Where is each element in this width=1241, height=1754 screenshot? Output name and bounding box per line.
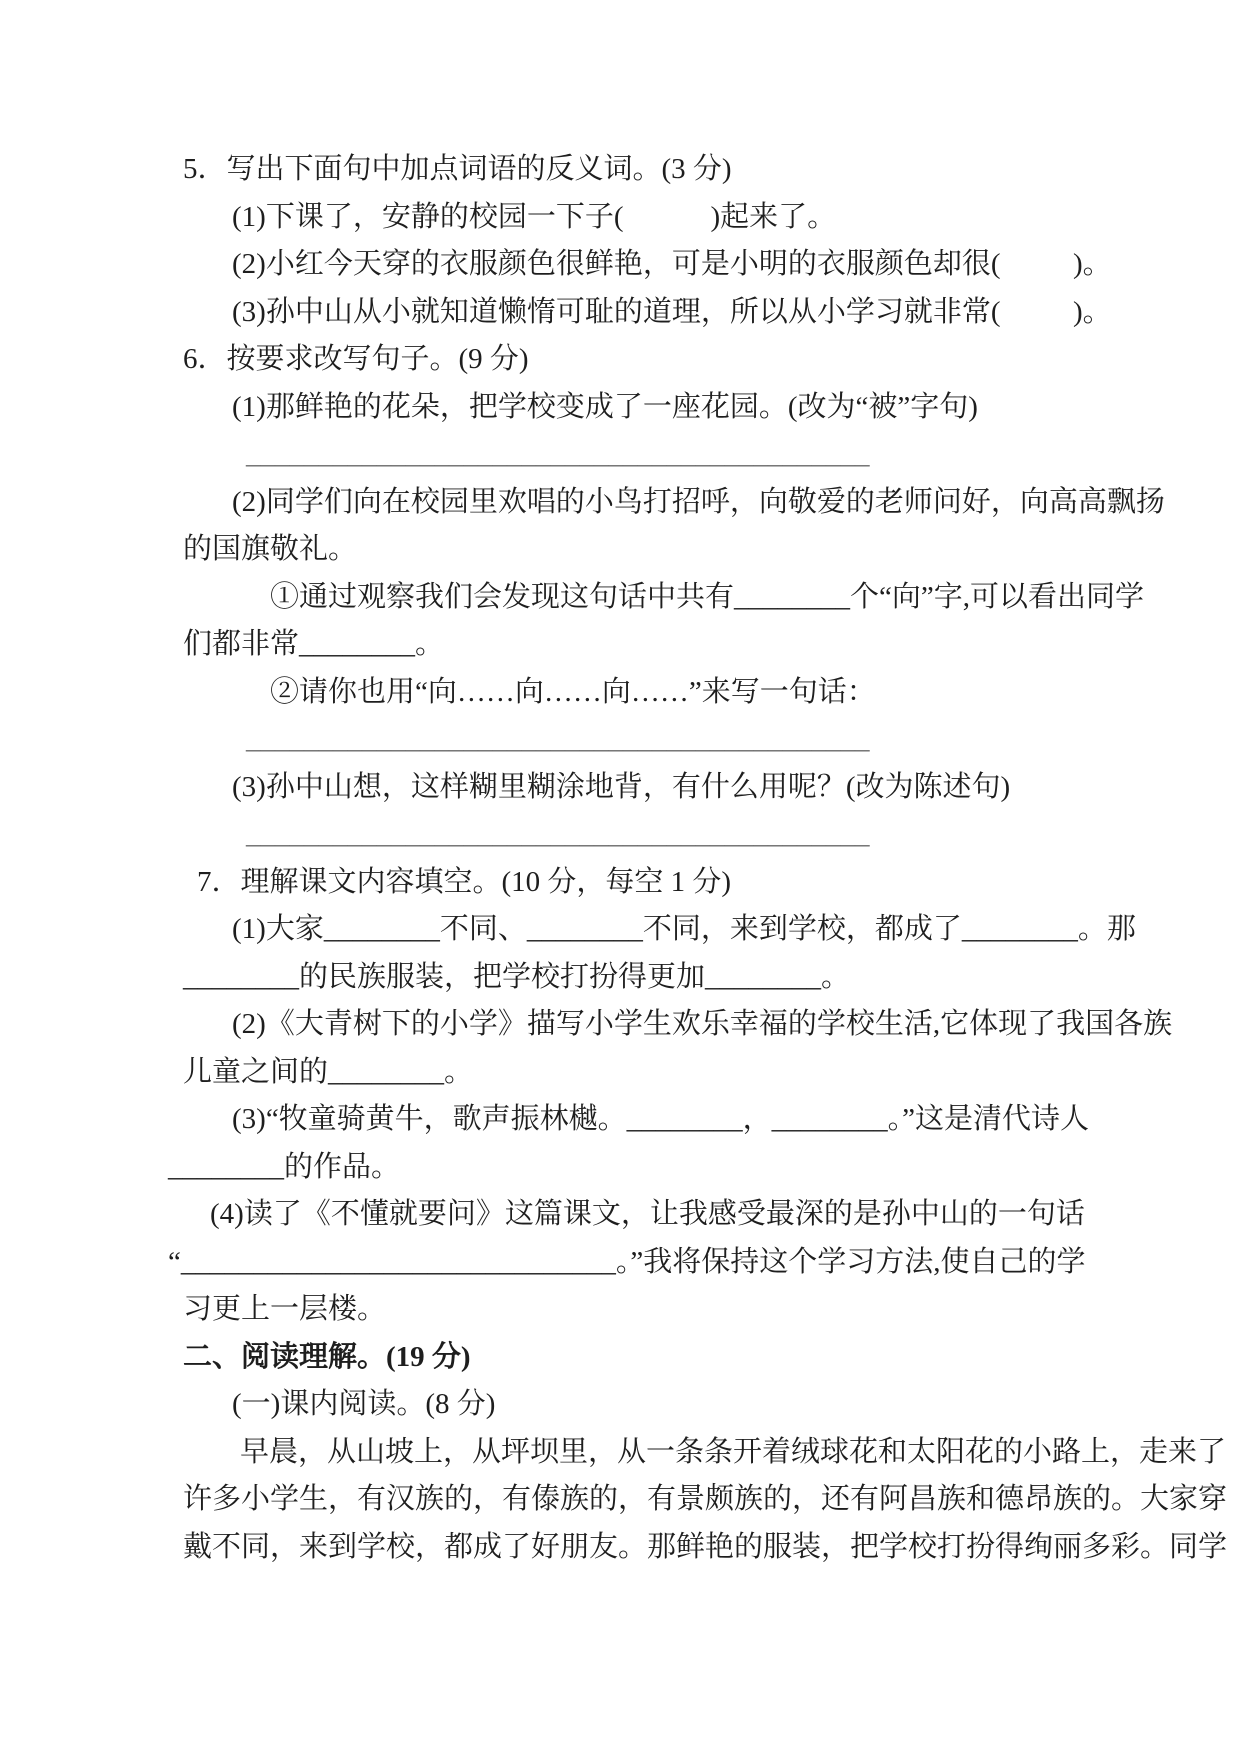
passage-line-1: 早晨，从山坡上，从坪坝里，从一条条开着绒球花和太阳花的小路上，走来了 (0, 1429, 1241, 1477)
q7-item-1-line-2: ________的民族服装，把学校打扮得更加________。 (0, 954, 1241, 1002)
passage-line-2: 许多小学生，有汉族的，有傣族的，有景颇族的，还有阿昌族和德昂族的。大家穿 (0, 1476, 1241, 1524)
q7-item-2-line-2: 儿童之间的________。 (0, 1049, 1241, 1097)
q6-item-2-sub1-line-1: ①通过观察我们会发现这句话中共有________个“向”字,可以看出同学 (0, 574, 1241, 622)
q5-item-2: (2)小红今天穿的衣服颜色很鲜艳，可是小明的衣服颜色却很( )。 (0, 241, 1241, 289)
section-2-heading: 二、阅读理解。(19 分) (0, 1334, 1241, 1382)
q6-item-3-answer-line: ________________________________________… (0, 811, 1241, 859)
q7-item-3-line-2: ________的作品。 (0, 1144, 1241, 1192)
q7-item-1-line-1: (1)大家________不同、________不同，来到学校，都成了_____… (0, 906, 1241, 954)
q7-heading: 7．理解课文内容填空。(10 分，每空 1 分) (0, 859, 1241, 907)
q7-item-4-line-2: “______________________________。”我将保持这个学… (0, 1239, 1241, 1287)
q7-item-4-line-1: (4)读了《不懂就要问》这篇课文，让我感受最深的是孙中山的一句话 (0, 1191, 1241, 1239)
exam-document-page: 5．写出下面句中加点词语的反义词。(3 分) (1)下课了，安静的校园一下子( … (0, 0, 1241, 1571)
section-2-subheading: (一)课内阅读。(8 分) (0, 1381, 1241, 1429)
q6-item-2-sub2: ②请你也用“向……向……向……”来写一句话： (0, 669, 1241, 717)
q6-item-3: (3)孙中山想，这样糊里糊涂地背，有什么用呢？(改为陈述句) (0, 764, 1241, 812)
q6-item-2-sub2-answer-line: ________________________________________… (0, 716, 1241, 764)
q5-heading: 5．写出下面句中加点词语的反义词。(3 分) (0, 146, 1241, 194)
q5-item-1: (1)下课了，安静的校园一下子( )起来了。 (0, 194, 1241, 242)
q6-heading: 6．按要求改写句子。(9 分) (0, 336, 1241, 384)
q7-item-2-line-1: (2)《大青树下的小学》描写小学生欢乐幸福的学校生活,它体现了我国各族 (0, 1001, 1241, 1049)
q6-item-2-line-2: 的国旗敬礼。 (0, 526, 1241, 574)
passage-line-3: 戴不同，来到学校，都成了好朋友。那鲜艳的服装，把学校打扮得绚丽多彩。同学 (0, 1524, 1241, 1572)
q6-item-2-sub1-line-2: 们都非常________。 (0, 621, 1241, 669)
q6-item-2-line-1: (2)同学们向在校园里欢唱的小鸟打招呼，向敬爱的老师问好，向高高飘扬 (0, 479, 1241, 527)
q5-item-3: (3)孙中山从小就知道懒惰可耻的道理，所以从小学习就非常( )。 (0, 289, 1241, 337)
q6-item-1: (1)那鲜艳的花朵，把学校变成了一座花园。(改为“被”字句) (0, 384, 1241, 432)
q6-item-1-answer-line: ________________________________________… (0, 431, 1241, 479)
q7-item-3-line-1: (3)“牧童骑黄牛，歌声振林樾。________，________。”这是清代诗… (0, 1096, 1241, 1144)
q7-item-4-line-3: 习更上一层楼。 (0, 1286, 1241, 1334)
